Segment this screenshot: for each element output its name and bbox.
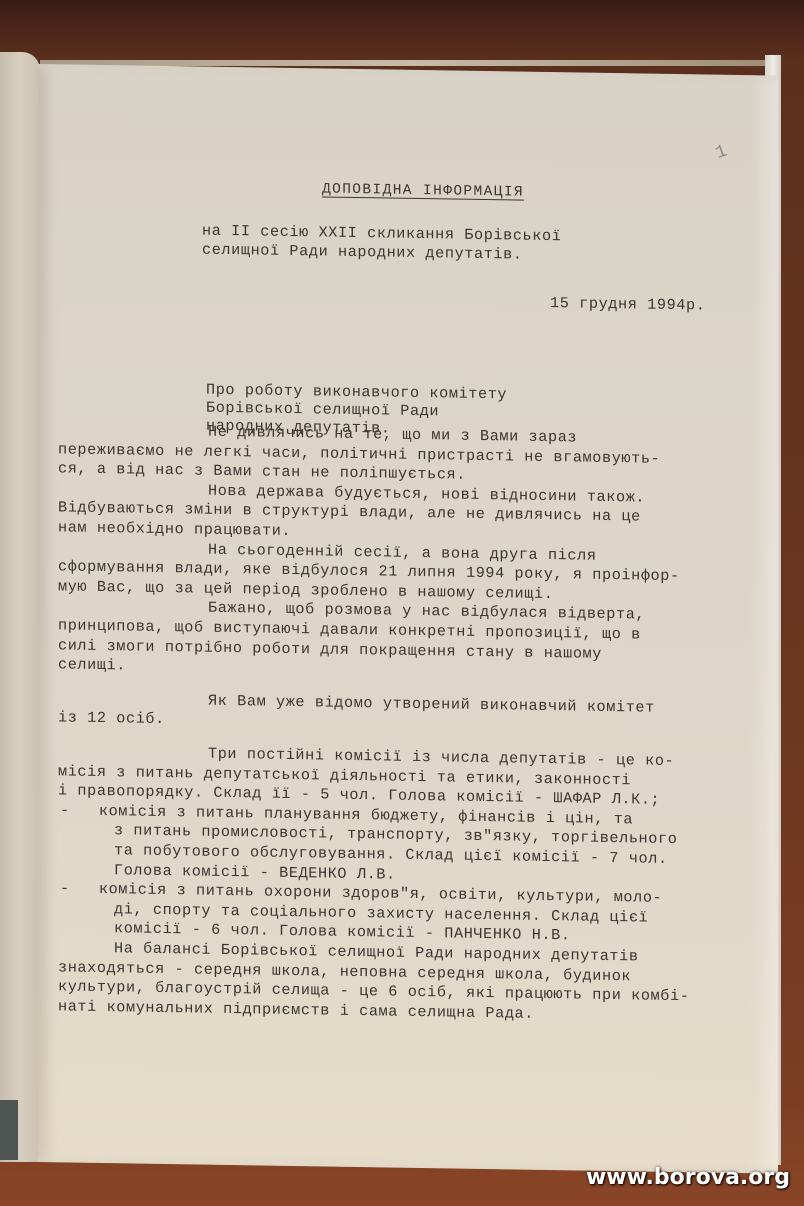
- list-dash: -: [60, 880, 99, 899]
- body-line: наті комунальних підприємств і сама сели…: [58, 999, 534, 1022]
- body-line-text: із 12 осіб.: [58, 709, 165, 729]
- body-line-text: селищі.: [58, 656, 126, 675]
- watermark: www.borova.org: [586, 1165, 790, 1190]
- list-dash: -: [60, 801, 99, 820]
- body-line: Голова комісії - ВЕДЕНКО Л.В.: [114, 863, 396, 883]
- body-line: ся, а від нас з Вами стан не поліпшуєтьс…: [58, 462, 466, 484]
- body-line-text: нам необхідно працювати.: [58, 518, 291, 540]
- document-page: 1 ДОПОВІДНА ІНФОРМАЦІЯ на II сесію XXII …: [38, 64, 778, 1174]
- left-page-edge: [0, 52, 40, 1162]
- subtitle-line: селищної Ради народних депутатів.: [202, 243, 523, 263]
- body-line: із 12 осіб.: [58, 711, 165, 728]
- body-line: Як Вам уже відомо утворений виконавчий к…: [208, 693, 655, 715]
- document-date: 15 грудня 1994р.: [550, 296, 705, 314]
- binder-spine: [0, 1100, 18, 1160]
- document-title: ДОПОВІДНА ІНФОРМАЦІЯ: [322, 181, 524, 200]
- page-number-mark: 1: [713, 142, 730, 164]
- body-line: нам необхідно працювати.: [58, 520, 291, 539]
- body-line: мую Вас, що за цей період зроблено в наш…: [58, 579, 553, 602]
- body-line-text: Голова комісії - ВЕДЕНКО Л.В.: [114, 861, 396, 883]
- body-line-text: Як Вам уже відомо утворений виконавчий к…: [208, 691, 655, 716]
- body-line: селищі.: [58, 658, 126, 674]
